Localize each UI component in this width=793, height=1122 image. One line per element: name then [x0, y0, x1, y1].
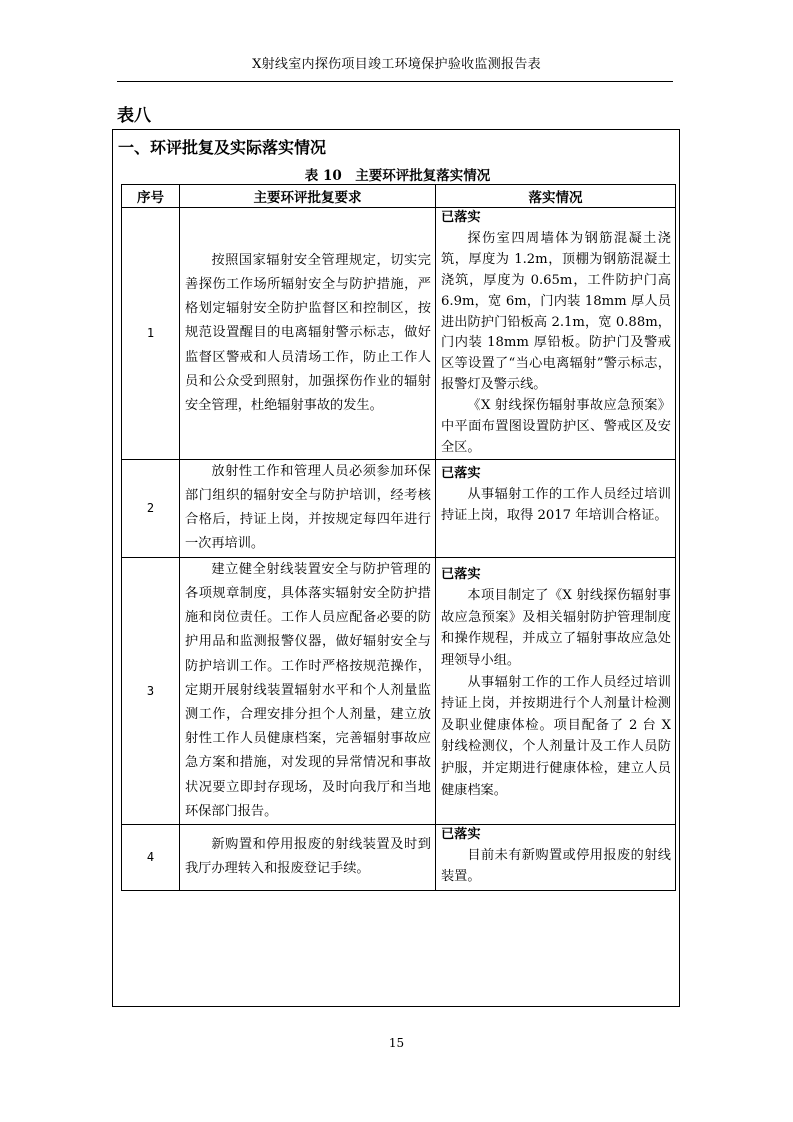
table-header-row: 序号 主要环评批复要求 落实情况 [122, 185, 676, 208]
implementation-text: 探伤室四周墙体为钢筋混凝土浇筑，厚度为 1.2m，顶棚为钢筋混凝土浇筑，厚度为 … [441, 229, 671, 396]
table-caption: 表 10 主要环评批复落实情况 [121, 164, 674, 184]
running-header: X射线室内探伤项目竣工环境保护验收监测报告表 [0, 53, 793, 72]
table-row: 2 放射性工作和管理人员必须参加环保部门组织的辐射安全与防护培训，经考核合格后，… [122, 459, 676, 557]
implementation-cell: 已落实 从事辐射工作的工作人员经过培训持证上岗，取得 2017 年培训合格证。 [436, 459, 676, 557]
implementation-text: 本项目制定了《X 射线探伤辐射事故应急预案》及相关辐射防护管理制度和操作规程，并… [441, 585, 671, 671]
requirement-text: 新购置和停用报废的射线装置及时到我厅办理转入和报废登记手续。 [185, 833, 431, 881]
implementation-cell: 已落实 探伤室四周墙体为钢筋混凝土浇筑，厚度为 1.2m，顶棚为钢筋混凝土浇筑，… [436, 208, 676, 460]
header-implementation: 落实情况 [436, 185, 676, 208]
section-label: 表八 [117, 101, 151, 126]
status-label: 已落实 [441, 564, 671, 586]
header-requirement: 主要环评批复要求 [180, 185, 436, 208]
implementation-text: 《X 射线探伤辐射事故应急预案》中平面布置图设置防护区、警戒区及安全区。 [441, 396, 671, 459]
requirement-cell: 建立健全射线装置安全与防护管理的各项规章制度，具体落实辐射安全防护措施和岗位责任… [180, 557, 436, 824]
implementation-text: 从事辐射工作的工作人员经过培训持证上岗，并按期进行个人剂量计检测及职业健康体检。… [441, 672, 671, 802]
requirement-text: 放射性工作和管理人员必须参加环保部门组织的辐射安全与防护培训，经考核合格后，持证… [185, 460, 431, 557]
row-number: 4 [122, 824, 180, 890]
requirement-text: 建立健全射线装置安全与防护管理的各项规章制度，具体落实辐射安全防护措施和岗位责任… [185, 558, 431, 824]
row-number: 3 [122, 557, 180, 824]
table-row: 3 建立健全射线装置安全与防护管理的各项规章制度，具体落实辐射安全防护措施和岗位… [122, 557, 676, 824]
implementation-cell: 已落实 本项目制定了《X 射线探伤辐射事故应急预案》及相关辐射防护管理制度和操作… [436, 557, 676, 824]
table-row: 1 按照国家辐射安全管理规定，切实完善探伤工作场所辐射安全与防护措施，严格划定辐… [122, 208, 676, 460]
header-rule [117, 81, 673, 82]
implementation-text: 从事辐射工作的工作人员经过培训持证上岗，取得 2017 年培训合格证。 [441, 485, 671, 527]
implementation-cell: 已落实 目前未有新购置或停用报废的射线装置。 [436, 824, 676, 890]
requirement-cell: 新购置和停用报废的射线装置及时到我厅办理转入和报废登记手续。 [180, 824, 436, 890]
approval-table: 序号 主要环评批复要求 落实情况 1 按照国家辐射安全管理规定，切实完善探伤工作… [121, 184, 676, 891]
page-number: 15 [0, 1036, 793, 1050]
status-label: 已落实 [441, 208, 671, 229]
requirement-text: 按照国家辐射安全管理规定，切实完善探伤工作场所辐射安全与防护措施，严格划定辐射安… [185, 249, 431, 418]
row-number: 1 [122, 208, 180, 460]
status-label: 已落实 [441, 464, 671, 485]
header-no: 序号 [122, 185, 180, 208]
status-label: 已落实 [441, 825, 671, 846]
row-number: 2 [122, 459, 180, 557]
requirement-cell: 按照国家辐射安全管理规定，切实完善探伤工作场所辐射安全与防护措施，严格划定辐射安… [180, 208, 436, 460]
content-box-title: 一、环评批复及实际落实情况 [118, 135, 326, 158]
table-row: 4 新购置和停用报废的射线装置及时到我厅办理转入和报废登记手续。 已落实 目前未… [122, 824, 676, 890]
implementation-text: 目前未有新购置或停用报废的射线装置。 [441, 846, 671, 888]
requirement-cell: 放射性工作和管理人员必须参加环保部门组织的辐射安全与防护培训，经考核合格后，持证… [180, 459, 436, 557]
